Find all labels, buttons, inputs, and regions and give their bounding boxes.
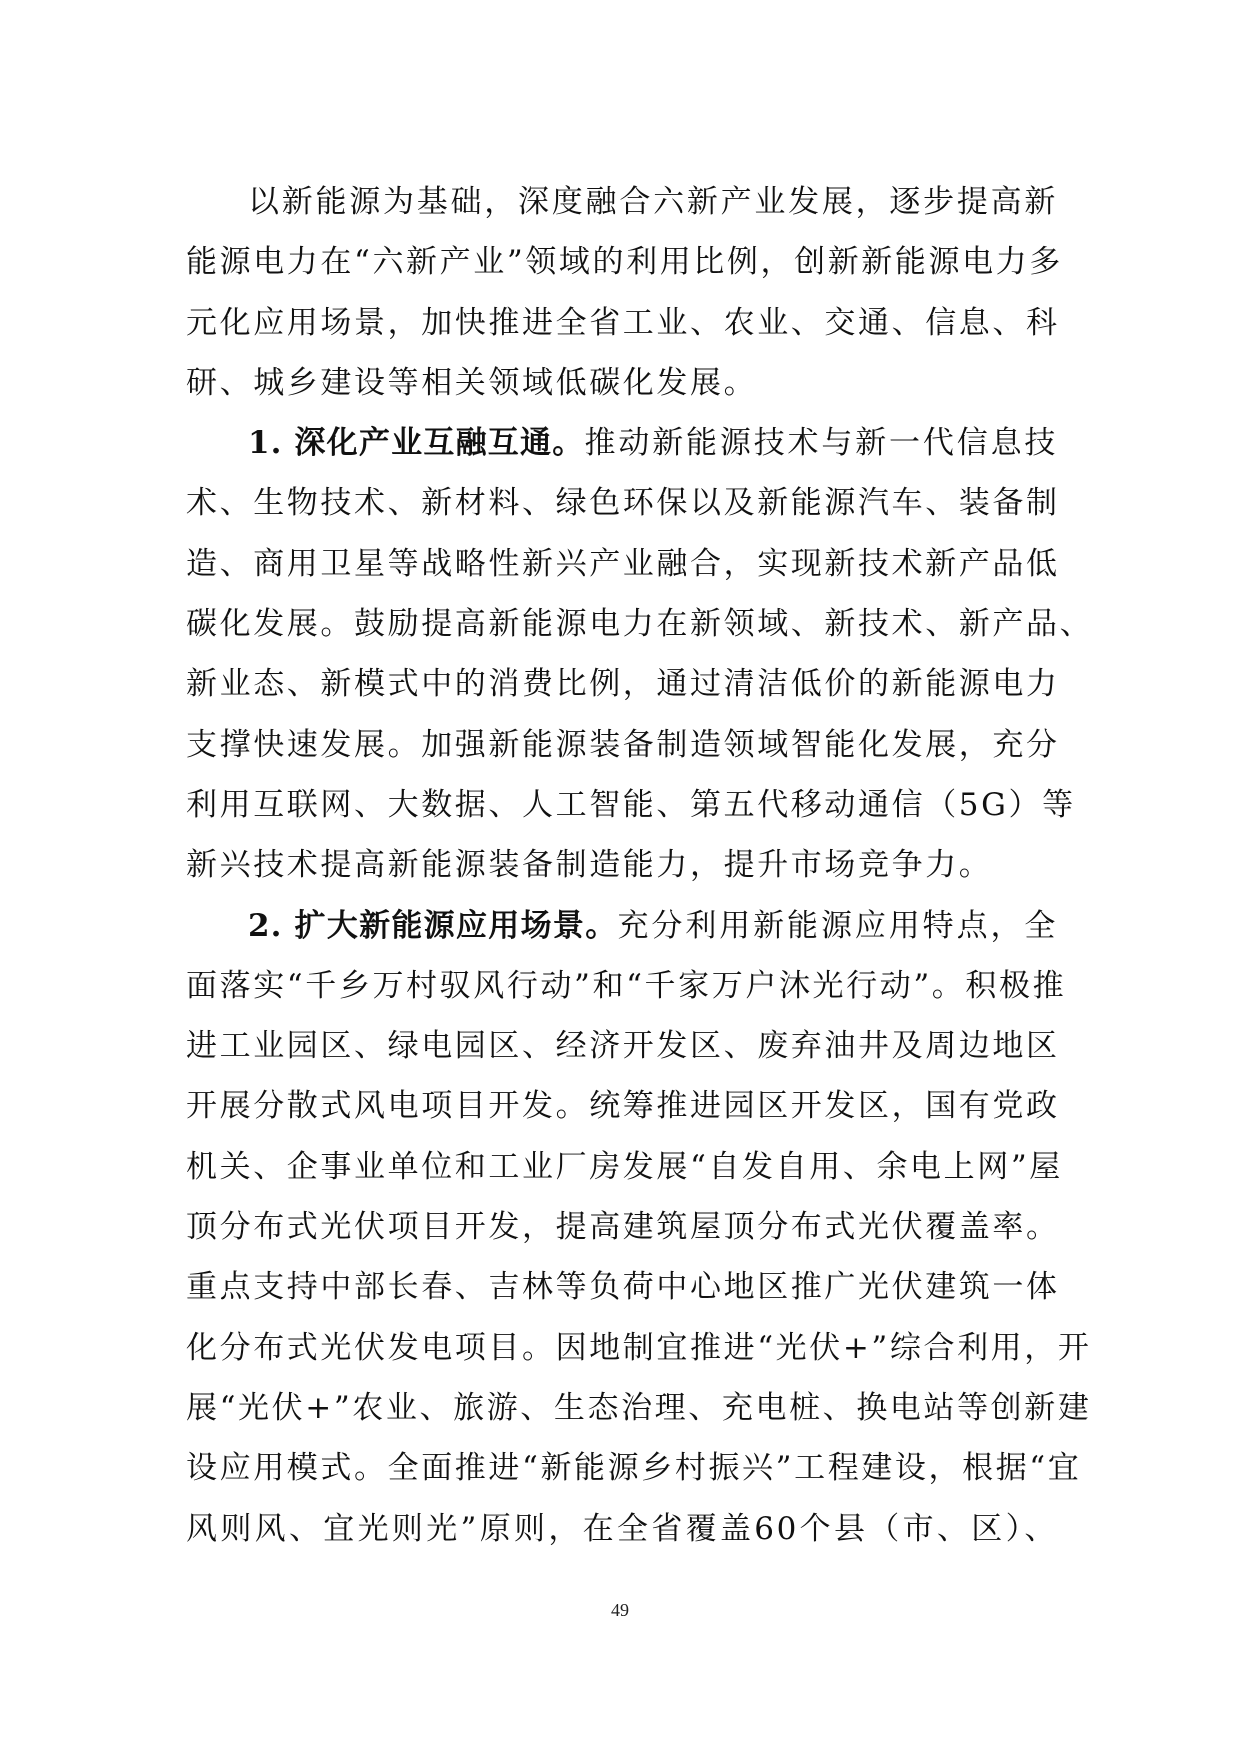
text-line: 化分布式光伏发电项目。因地制宜推进“光伏+”综合利用，开 xyxy=(186,1318,1058,1378)
text-line: 新业态、新模式中的消费比例，通过清洁低价的新能源电力 xyxy=(186,654,1058,714)
page-number: 49 xyxy=(0,1600,1240,1621)
text-line: 机关、企事业单位和工业厂房发展“自发自用、余电上网”屋 xyxy=(186,1137,1058,1197)
text-line: 新兴技术提高新能源装备制造能力，提升市场竞争力。 xyxy=(186,835,1058,895)
text-line: 设应用模式。全面推进“新能源乡村振兴”工程建设，根据“宜 xyxy=(186,1438,1058,1498)
text-line: 进工业园区、绿电园区、经济开发区、废弃油井及周边地区 xyxy=(186,1016,1058,1076)
text-line: 碳化发展。鼓励提高新能源电力在新领域、新技术、新产品、 xyxy=(186,594,1058,654)
text-line: 能源电力在“六新产业”领域的利用比例，创新新能源电力多 xyxy=(186,232,1058,292)
body-text: 以新能源为基础，深度融合六新产业发展，逐步提高新 能源电力在“六新产业”领域的利… xyxy=(186,172,1058,1559)
text-line: 展“光伏+”农业、旅游、生态治理、充电桩、换电站等创新建 xyxy=(186,1378,1058,1438)
text-line: 支撑快速发展。加强新能源装备制造领域智能化发展，充分 xyxy=(186,715,1058,775)
text-line: 面落实“千乡万村驭风行动”和“千家万户沐光行动”。积极推 xyxy=(186,956,1058,1016)
text-run: 推动新能源技术与新一代信息技 xyxy=(585,425,1058,461)
text-run: 充分利用新能源应用特点，全 xyxy=(618,908,1058,944)
text-line: 顶分布式光伏项目开发，提高建筑屋顶分布式光伏覆盖率。 xyxy=(186,1197,1058,1257)
section-heading: 2. 扩大新能源应用场景。 xyxy=(248,908,618,944)
paragraph-section-1: 1. 深化产业互融互通。推动新能源技术与新一代信息技 术、生物技术、新材料、绿色… xyxy=(186,413,1058,895)
section-heading: 1. 深化产业互融互通。 xyxy=(248,425,585,461)
text-line: 风则风、宜光则光”原则，在全省覆盖60个县（市、区）、 xyxy=(186,1499,1058,1559)
text-line: 1. 深化产业互融互通。推动新能源技术与新一代信息技 xyxy=(186,413,1058,473)
document-page: 以新能源为基础，深度融合六新产业发展，逐步提高新 能源电力在“六新产业”领域的利… xyxy=(0,0,1240,1754)
text-line: 以新能源为基础，深度融合六新产业发展，逐步提高新 xyxy=(186,172,1058,232)
text-line: 开展分散式风电项目开发。统筹推进园区开发区，国有党政 xyxy=(186,1076,1058,1136)
paragraph-section-2: 2. 扩大新能源应用场景。充分利用新能源应用特点，全 面落实“千乡万村驭风行动”… xyxy=(186,896,1058,1559)
text-line: 元化应用场景，加快推进全省工业、农业、交通、信息、科 xyxy=(186,293,1058,353)
text-line: 术、生物技术、新材料、绿色环保以及新能源汽车、装备制 xyxy=(186,473,1058,533)
text-line: 研、城乡建设等相关领域低碳化发展。 xyxy=(186,353,1058,413)
paragraph-intro: 以新能源为基础，深度融合六新产业发展，逐步提高新 能源电力在“六新产业”领域的利… xyxy=(186,172,1058,413)
text-line: 利用互联网、大数据、人工智能、第五代移动通信（5G）等 xyxy=(186,775,1058,835)
text-line: 造、商用卫星等战略性新兴产业融合，实现新技术新产品低 xyxy=(186,534,1058,594)
text-line: 重点支持中部长春、吉林等负荷中心地区推广光伏建筑一体 xyxy=(186,1257,1058,1317)
text-line: 2. 扩大新能源应用场景。充分利用新能源应用特点，全 xyxy=(186,896,1058,956)
